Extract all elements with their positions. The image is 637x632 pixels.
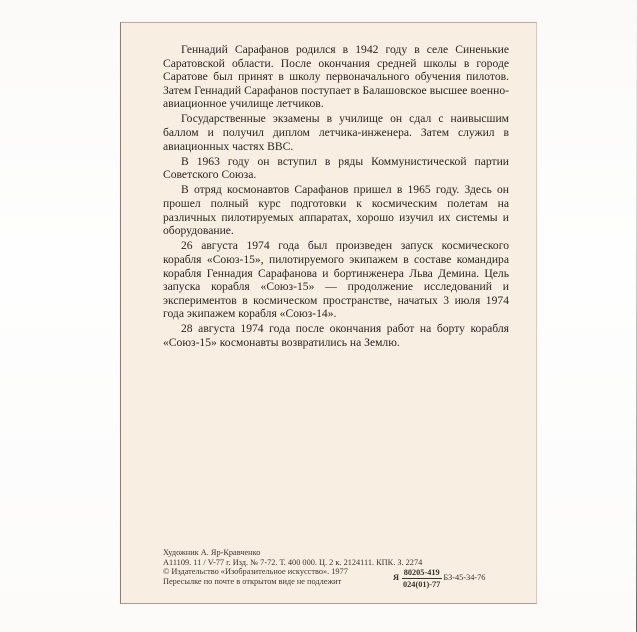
index-prefix: Я [393, 573, 399, 583]
index-numerator: 80205-419 [402, 568, 442, 579]
index-fraction: 80205-419 024(01)-77 [401, 568, 442, 589]
paragraph-launch: 26 августа 1974 года был произведен запу… [163, 239, 509, 321]
paragraph-return: 28 августа 1974 года после окончания раб… [163, 322, 509, 349]
imprint-footer: Художник А. Яр-Кравченко А11109. 11 / V-… [163, 548, 513, 599]
paragraph-exams: Государственные экзамены в училище он сд… [163, 112, 509, 153]
index-code: Я 80205-419 024(01)-77 БЗ-45-34-76 [393, 568, 485, 589]
index-denominator: 024(01)-77 [401, 579, 442, 589]
postal-row: Пересылке по почте в открытом виде не по… [163, 577, 513, 599]
postcard-back: Геннадий Сарафанов родился в 1942 году в… [120, 22, 537, 604]
biography-text: Геннадий Сарафанов родился в 1942 году в… [163, 43, 509, 351]
postal-note: Пересылке по почте в открытом виде не по… [163, 577, 341, 587]
index-suffix: БЗ-45-34-76 [443, 573, 485, 583]
artist-credit: Художник А. Яр-Кравченко [163, 548, 513, 558]
paragraph-party: В 1963 году он вступил в ряды Коммунисти… [163, 155, 509, 182]
paragraph-cosmonaut-corps: В отряд космонавтов Сарафанов пришел в 1… [163, 183, 509, 237]
paragraph-birth: Геннадий Сарафанов родился в 1942 году в… [163, 43, 509, 111]
print-info: А11109. 11 / V-77 г. Изд. № 7-72. Т. 400… [163, 558, 513, 568]
scanned-page: Геннадий Сарафанов родился в 1942 году в… [0, 0, 637, 632]
